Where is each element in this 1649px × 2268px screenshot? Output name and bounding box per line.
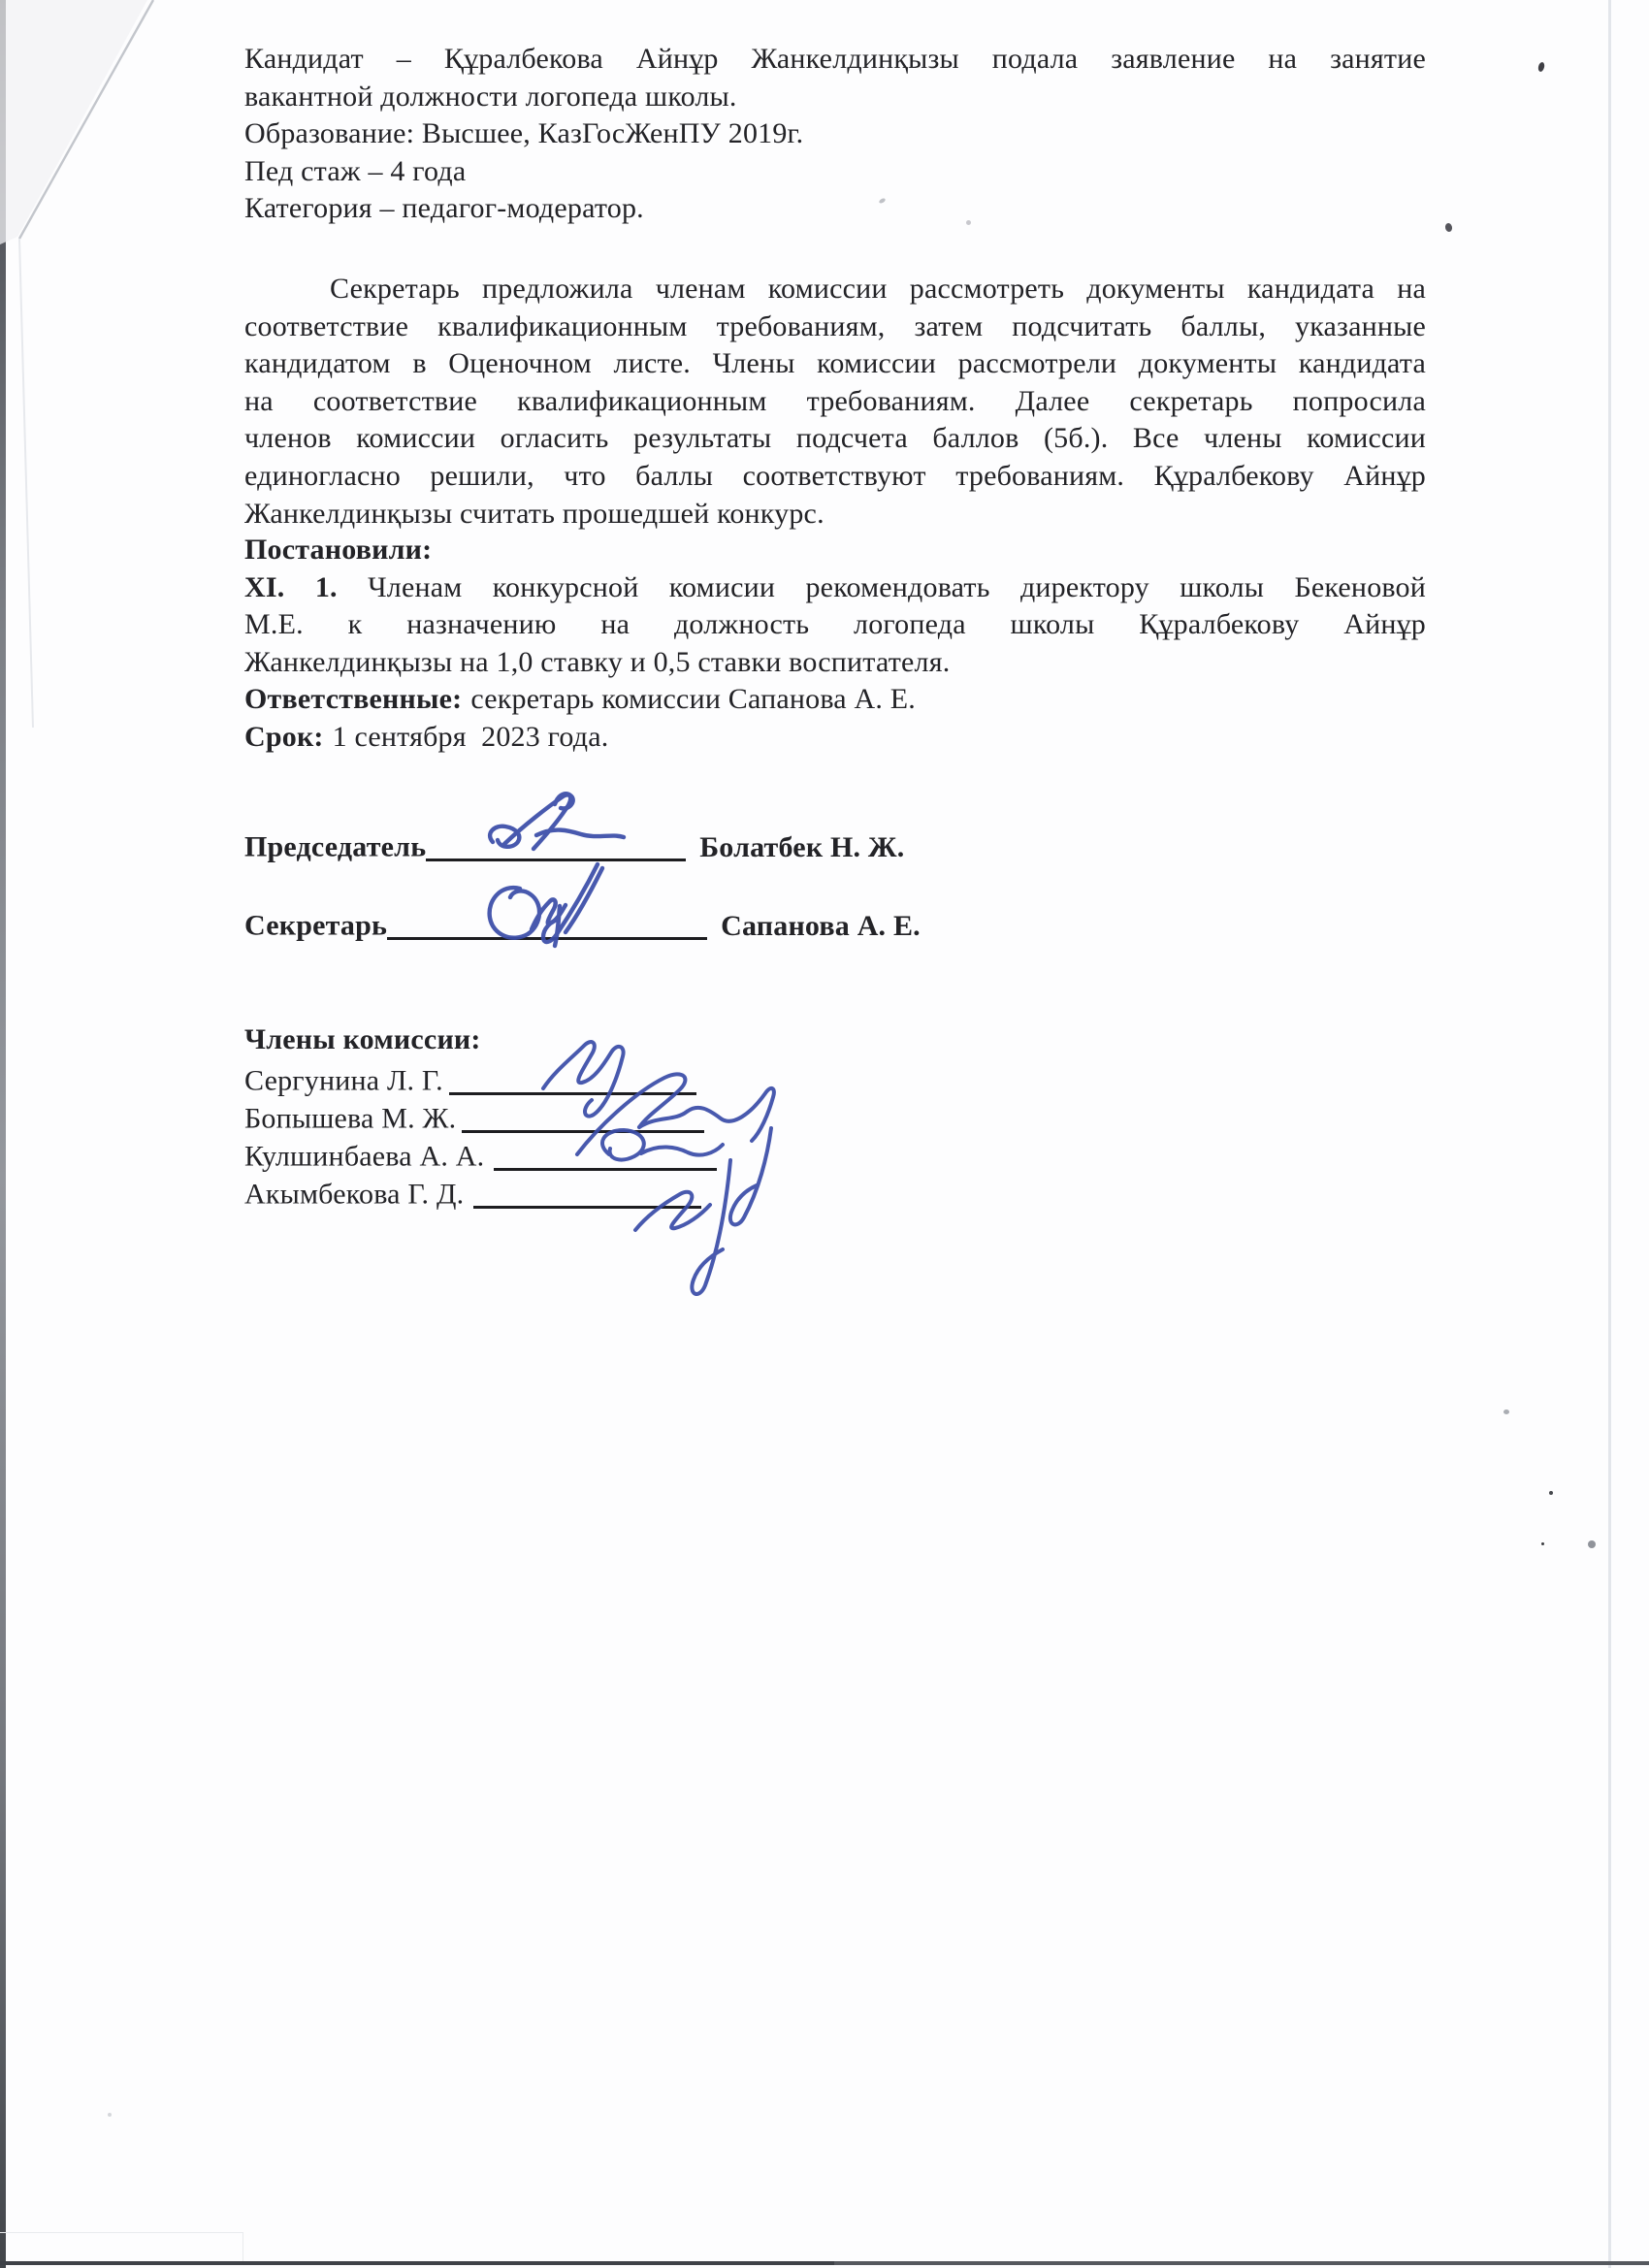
scan-bottom-left-crease: [0, 2232, 243, 2262]
scan-speck: [1541, 1542, 1544, 1545]
resolution-heading: Постановили:: [244, 532, 1426, 569]
responsible-value: секретарь комиссии Сапанова А. Е.: [470, 683, 916, 715]
candidate-info-block: Кандидат – Құралбекова Айнұр Жанкелдинқы…: [244, 41, 1426, 228]
scan-speck: [1444, 222, 1453, 232]
secretary-signature-row: СекретарьСапанова А. Е.: [244, 904, 921, 945]
deadline-label: Срок:: [244, 721, 324, 753]
discussion-paragraph: Секретарь предложила членам комиссии рас…: [244, 271, 1426, 533]
scan-right-edge-line: [1608, 0, 1611, 2268]
member-row: Кулшинбаева А. А.: [244, 1135, 717, 1176]
member-row: Акымбекова Г. Д.: [244, 1173, 701, 1214]
scan-speck: [1588, 1540, 1596, 1548]
scanned-document-page: Кандидат – Құралбекова Айнұр Жанкелдинқы…: [0, 0, 1649, 2268]
member-signature-line: [494, 1140, 717, 1171]
scan-speck: [108, 2113, 112, 2117]
secretary-signature-line: [387, 909, 707, 940]
paragraph-line: кандидатом в Оценочном листе. Члены коми…: [244, 345, 1426, 383]
paragraph-line: соответствие квалификационным требования…: [244, 308, 1426, 346]
member-row: Бопышева М. Ж.: [244, 1097, 704, 1138]
paragraph-line: на соответствие квалификационным требова…: [244, 383, 1426, 421]
secretary-role-label: Секретарь: [244, 910, 387, 942]
secretary-name: Сапанова А. Е.: [721, 910, 921, 942]
scan-speck: [1537, 61, 1545, 72]
paragraph-line: членов комиссии огласить результаты подс…: [244, 420, 1426, 458]
chairman-role-label: Председатель: [244, 831, 426, 863]
responsible-label: Ответственные:: [244, 683, 462, 715]
member-name: Бопышева М. Ж.: [244, 1103, 456, 1135]
member-name: Кулшинбаева А. А.: [244, 1141, 484, 1173]
scan-speck: [1549, 1491, 1553, 1495]
responsible-line: Ответственные:секретарь комиссии Сапанов…: [244, 681, 1426, 719]
candidate-line: Кандидат – Құралбекова Айнұр Жанкелдинқы…: [244, 41, 1426, 79]
resolution-item-line: Жанкелдинқызы на 1,0 ставку и 0,5 ставки…: [244, 644, 1426, 682]
resolution-item-line: М.Е. к назначению на должность логопеда …: [244, 606, 1426, 644]
deadline-line: Срок:1 сентября 2023 года.: [244, 719, 1426, 757]
chairman-signature-line: [426, 830, 686, 861]
paragraph-line: Секретарь предложила членам комиссии рас…: [244, 271, 1426, 308]
resolution-block: Постановили: XI. 1. Членам конкурсной ко…: [244, 532, 1426, 757]
member-name: Акымбекова Г. Д.: [244, 1179, 464, 1211]
members-heading: Члены комиссии:: [244, 1021, 481, 1059]
member-signature-line: [449, 1064, 696, 1095]
scan-bottom-edge-dark-segment: [0, 2261, 834, 2265]
member-signature-line: [473, 1178, 701, 1209]
paragraph-line: Жанкелдинқызы считать прошедшей конкурс.: [244, 496, 1426, 534]
resolution-item-number: 1.: [315, 571, 338, 603]
resolution-item-roman: XI.: [244, 571, 284, 603]
member-row: Сергунина Л. Г.: [244, 1059, 696, 1100]
deadline-value: 1 сентября 2023 года.: [333, 721, 609, 753]
scan-speck: [1503, 1409, 1509, 1414]
resolution-item-text: Членам конкурсной комисии рекомендовать …: [368, 571, 1426, 603]
category-line: Категория – педагог-модератор.: [244, 190, 1426, 228]
candidate-line: вакантной должности логопеда школы.: [244, 79, 1426, 116]
member-name: Сергунина Л. Г.: [244, 1065, 443, 1097]
experience-line: Пед стаж – 4 года: [244, 153, 1426, 191]
resolution-item-line: XI. 1. Членам конкурсной комисии рекомен…: [244, 569, 1426, 607]
chairman-signature-row: ПредседательБолатбек Н. Ж.: [244, 826, 905, 866]
education-line: Образование: Высшее, КазГосЖенПУ 2019г.: [244, 115, 1426, 153]
chairman-name: Болатбек Н. Ж.: [699, 831, 904, 863]
paragraph-line: единогласно решили, что баллы соответств…: [244, 458, 1426, 496]
scan-left-edge-shadow: [0, 0, 6, 2268]
member-signature-line: [462, 1102, 704, 1133]
